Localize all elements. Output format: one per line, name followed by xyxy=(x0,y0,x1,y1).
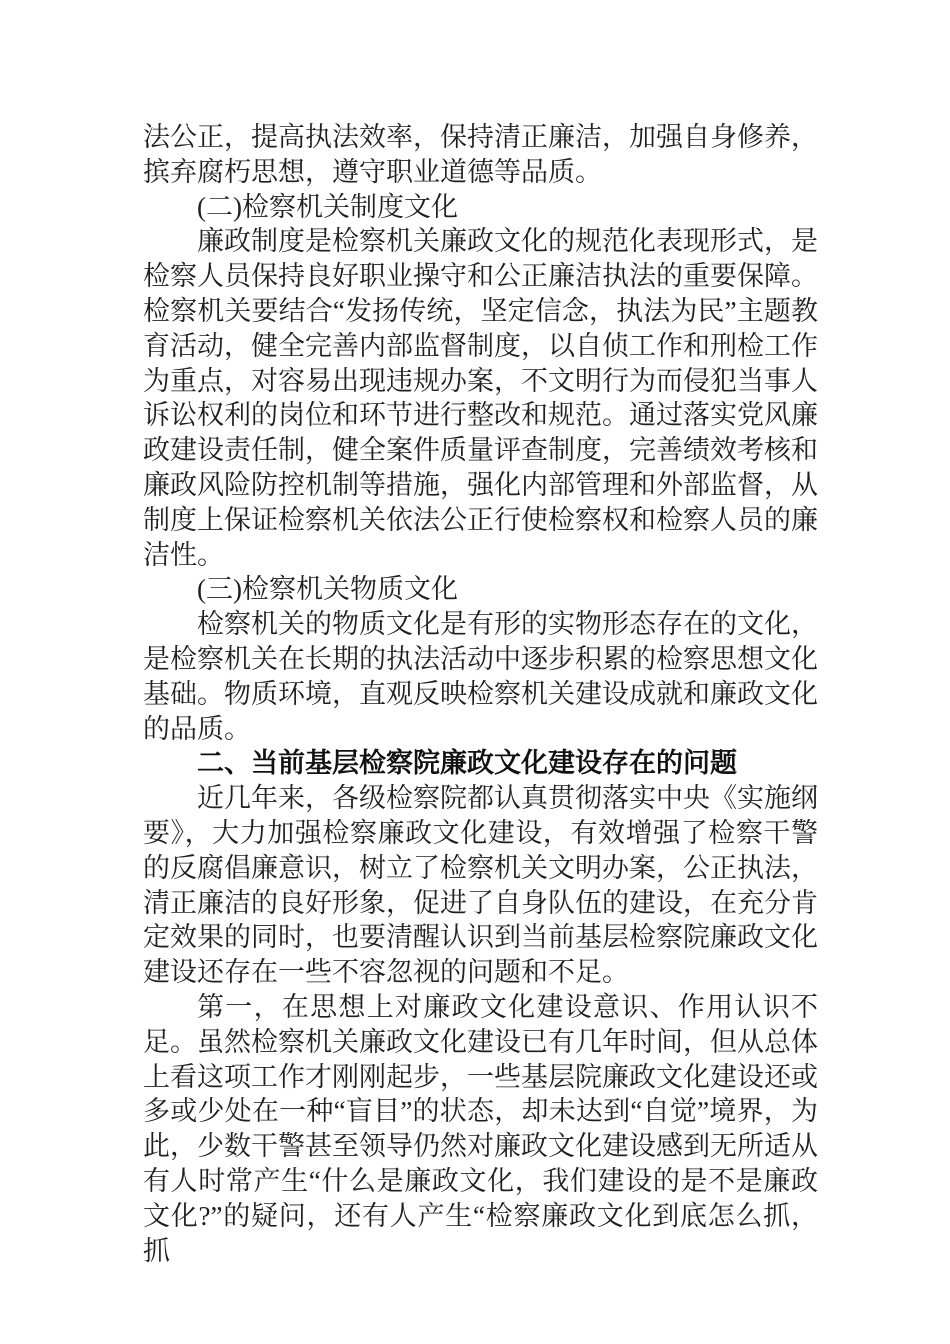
paragraph-first-problem: 第一，在思想上对廉政文化建设意识、作用认识不足。虽然检察机关廉政文化建设已有几年… xyxy=(143,990,818,1268)
paragraph-continuation: 法公正，提高执法效率，保持清正廉洁，加强自身修养，摈弃腐朽思想，遵守职业道德等品… xyxy=(143,120,818,190)
section-heading-problems: 二、当前基层检察院廉政文化建设存在的问题 xyxy=(143,746,818,781)
sub-heading-institutional-culture: (二)检察机关制度文化 xyxy=(143,190,818,225)
sub-heading-material-culture: (三)检察机关物质文化 xyxy=(143,572,818,607)
document-text-block: 法公正，提高执法效率，保持清正廉洁，加强自身修养，摈弃腐朽思想，遵守职业道德等品… xyxy=(143,120,818,1268)
paragraph-institutional-culture: 廉政制度是检察机关廉政文化的规范化表现形式，是检察人员保持良好职业操守和公正廉洁… xyxy=(143,224,818,572)
paragraph-material-culture: 检察机关的物质文化是有形的实物形态存在的文化，是检察机关在长期的执法活动中逐步积… xyxy=(143,607,818,746)
paragraph-recent-years: 近几年来，各级检察院都认真贯彻落实中央《实施纲要》，大力加强检察廉政文化建设，有… xyxy=(143,781,818,990)
document-page-background: { "document": { "background_color": "#ff… xyxy=(0,0,950,1344)
